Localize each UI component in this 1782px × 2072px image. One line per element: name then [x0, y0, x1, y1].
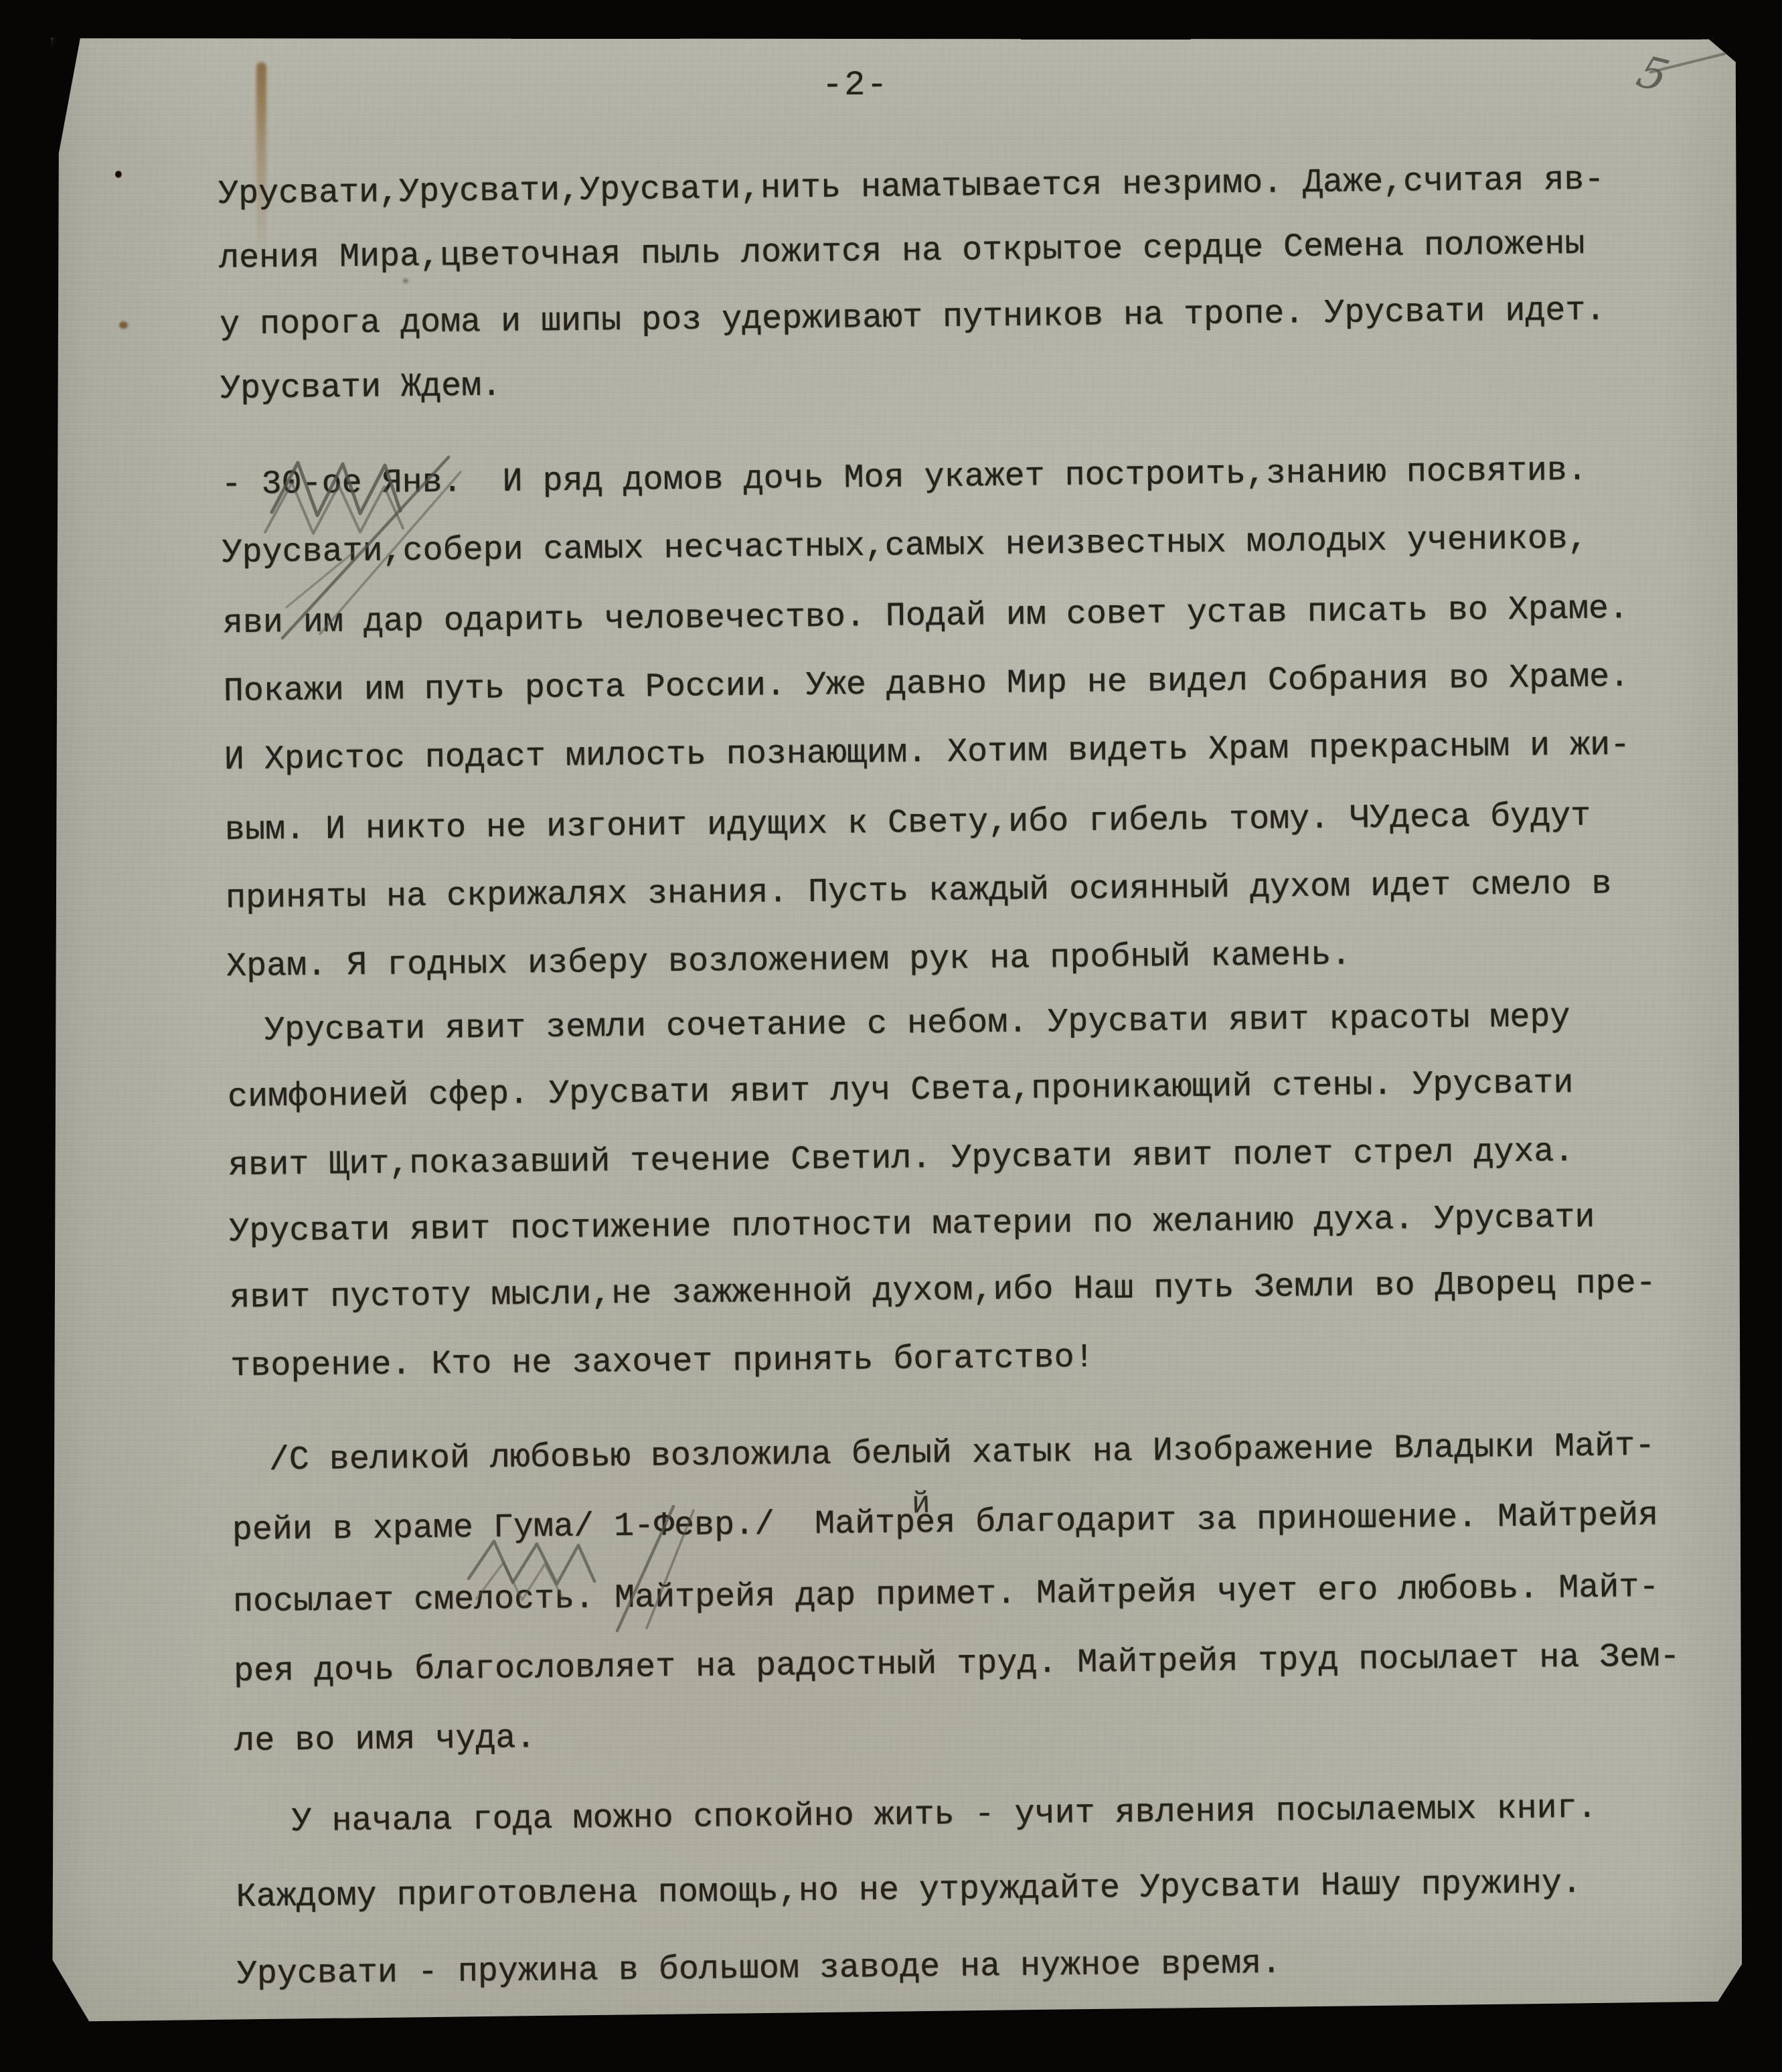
- text-line: ле во имя чуда.: [234, 1691, 1708, 1777]
- pinhole: [115, 171, 122, 178]
- paragraph: - 30-ое Янв. И ряд домов дочь Моя укажет…: [221, 435, 1700, 1002]
- text-line: творение. Кто не захочет принять богатст…: [230, 1318, 1704, 1401]
- text-line: рейи в храме Гума/ 1-Февр./ Майтрея благ…: [232, 1480, 1705, 1566]
- paragraph: У начала года можно спокойно жить - учит…: [235, 1769, 1710, 2012]
- typed-text-block: Урусвати,Урусвати,Урусвати,нить наматыва…: [218, 147, 1710, 2012]
- text-line: Урусвати,собери самых несчастных,самых н…: [222, 503, 1695, 588]
- stain-speck: [119, 321, 128, 329]
- paragraph: /С великой любовью возложила белый хатык…: [231, 1411, 1707, 1777]
- text-line: И Христос подаст милость познающим. Хоти…: [224, 710, 1697, 795]
- page-number: -2-: [822, 66, 889, 106]
- text-line: Каждому приготовлена помощь,но не утружд…: [236, 1844, 1709, 1935]
- inserted-letter-annotation: й: [911, 1488, 930, 1522]
- text-line: Урусвати - пружина в большом заводе на н…: [236, 1921, 1710, 2012]
- paragraph: Урусвати явит земли сочетание с небом. У…: [227, 983, 1704, 1400]
- paragraph: Урусвати,Урусвати,Урусвати,нить наматыва…: [218, 147, 1694, 422]
- scanned-document-page: { "colors":{ "background":"#070605", "pa…: [0, 0, 1782, 2072]
